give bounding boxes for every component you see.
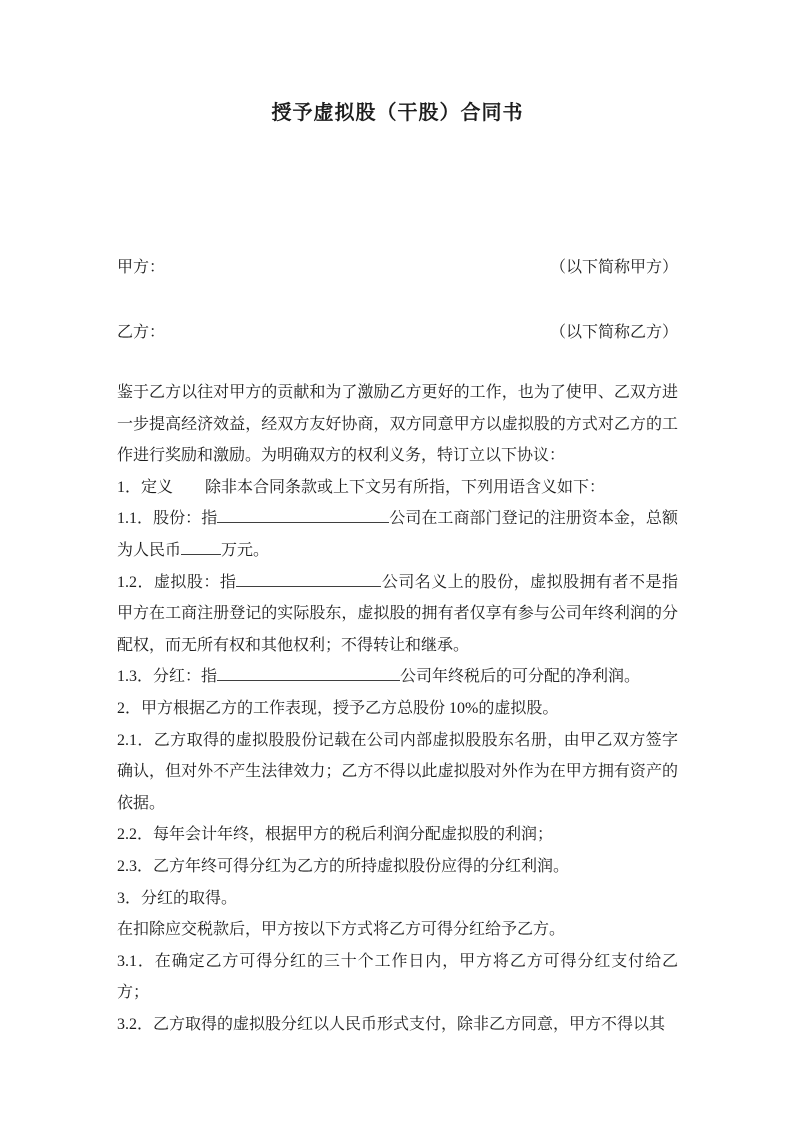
fill-in-blank[interactable]: [217, 507, 389, 523]
party-b-alias: （以下简称乙方）: [550, 322, 678, 344]
contract-paragraph: 2.1．乙方取得的虚拟股股份记载在公司内部虚拟股股东名册，由甲乙双方签字确认，但…: [117, 725, 678, 820]
document-title: 授予虚拟股（干股）合同书: [117, 100, 678, 126]
contract-paragraph: 3.2．乙方取得的虚拟股分红以人民币形式支付，除非乙方同意，甲方不得以其: [117, 1009, 678, 1041]
contract-paragraph: 2.2．每年会计年终，根据甲方的税后利润分配虚拟股的利润；: [117, 819, 678, 851]
party-a-alias: （以下简称甲方）: [550, 257, 678, 279]
fill-in-blank[interactable]: [217, 665, 400, 681]
document-page: 授予虚拟股（干股）合同书 甲方： （以下简称甲方） 乙方： （以下简称乙方） 鉴…: [0, 0, 793, 1122]
contract-paragraph: 2．甲方根据乙方的工作表现，授予乙方总股份 10%的虚拟股。: [117, 693, 678, 725]
paragraph-text: 2.1．乙方取得的虚拟股股份记载在公司内部虚拟股股东名册，由甲乙双方签字确认，但…: [117, 732, 678, 812]
contract-paragraph: 在扣除应交税款后，甲方按以下方式将乙方可得分红给予乙方。: [117, 914, 678, 946]
party-row-a: 甲方： （以下简称甲方）: [117, 257, 678, 279]
party-row-b: 乙方： （以下简称乙方）: [117, 322, 678, 344]
paragraph-text: 1.3．分红：指: [117, 668, 217, 685]
paragraph-text: 公司年终税后的可分配的净利润。: [400, 668, 640, 685]
party-b-label: 乙方：: [117, 322, 165, 344]
contract-body: 鉴于乙方以往对甲方的贡献和为了激励乙方更好的工作，也为了使甲、乙双方进一步提高经…: [117, 377, 678, 1040]
paragraph-text: 鉴于乙方以往对甲方的贡献和为了激励乙方更好的工作，也为了使甲、乙双方进一步提高经…: [117, 384, 678, 464]
paragraph-text: 2．甲方根据乙方的工作表现，授予乙方总股份 10%的虚拟股。: [117, 700, 558, 717]
paragraph-text: 2.2．每年会计年终，根据甲方的税后利润分配虚拟股的利润；: [117, 826, 553, 843]
paragraph-text: 3.1．在确定乙方可得分红的三十个工作日内，甲方将乙方可得分红支付给乙方；: [117, 953, 678, 1002]
paragraph-text: 3．分红的取得。: [117, 890, 237, 907]
paragraph-text: 1.1．股份：指: [117, 510, 217, 527]
paragraph-text: 2.3．乙方年终可得分红为乙方的所持虚拟股份应得的分红利润。: [117, 858, 569, 875]
fill-in-blank[interactable]: [236, 571, 381, 587]
paragraph-text: 3.2．乙方取得的虚拟股分红以人民币形式支付，除非乙方同意，甲方不得以其: [117, 1016, 665, 1033]
contract-paragraph: 2.3．乙方年终可得分红为乙方的所持虚拟股份应得的分红利润。: [117, 851, 678, 883]
paragraph-text: 1.2．虚拟股：指: [117, 574, 236, 591]
contract-paragraph: 3．分红的取得。: [117, 883, 678, 915]
contract-paragraph: 1.3．分红：指公司年终税后的可分配的净利润。: [117, 661, 678, 693]
party-a-label: 甲方：: [117, 257, 165, 279]
contract-paragraph: 1.1．股份：指公司在工商部门登记的注册资本金，总额为人民币万元。: [117, 503, 678, 566]
paragraph-text: 1．定义 除非本合同条款或上下文另有所指，下列用语含义如下：: [117, 479, 605, 496]
contract-paragraph: 1．定义 除非本合同条款或上下文另有所指，下列用语含义如下：: [117, 472, 678, 504]
paragraph-text: 万元。: [221, 542, 269, 559]
contract-paragraph: 鉴于乙方以往对甲方的贡献和为了激励乙方更好的工作，也为了使甲、乙双方进一步提高经…: [117, 377, 678, 472]
contract-paragraph: 3.1．在确定乙方可得分红的三十个工作日内，甲方将乙方可得分红支付给乙方；: [117, 946, 678, 1009]
contract-paragraph: 1.2．虚拟股：指公司名义上的股份，虚拟股拥有者不是指甲方在工商注册登记的实际股…: [117, 567, 678, 662]
paragraph-text: 在扣除应交税款后，甲方按以下方式将乙方可得分红给予乙方。: [117, 921, 565, 938]
fill-in-blank[interactable]: [181, 539, 221, 555]
